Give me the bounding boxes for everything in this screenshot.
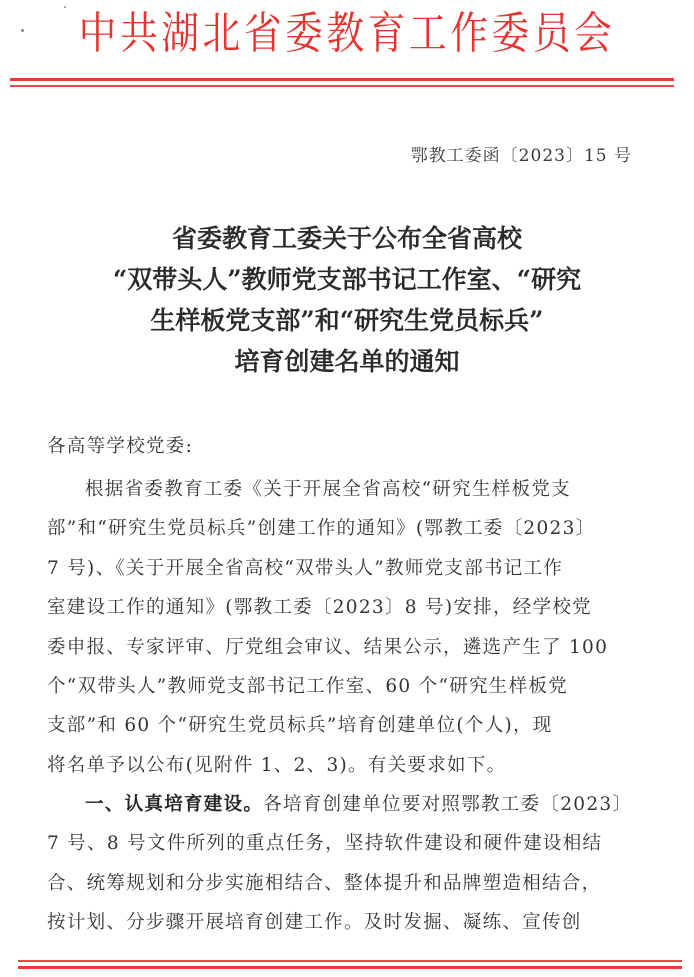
paragraph-line: 7 号、8 号文件所列的重点任务，坚持软件建设和硬件建设相结 [47,824,647,863]
paragraph-section-one: 一、认真培育建设。各培育创建单位要对照鄂教工委〔2023〕 7 号、8 号文件所… [47,785,647,943]
paragraph-line: 一、认真培育建设。各培育创建单位要对照鄂教工委〔2023〕 [47,785,647,824]
paragraph-line: 将名单予以公布(见附件 1、2、3)。有关要求如下。 [47,746,647,785]
paragraph-line: 个“双带头人”教师党支部书记工作室、60 个“研究生样板党 [47,667,647,706]
paragraph-line: 根据省委教育工委《关于开展全省高校“研究生样板党支 [47,470,647,509]
document-title: 省委教育工委关于公布全省高校 “双带头人”教师党支部书记工作室、“研究 生样板党… [0,218,694,382]
footer-rule-thick [18,966,682,969]
paragraph-intro: 根据省委教育工委《关于开展全省高校“研究生样板党支 部”和“研究生党员标兵”创建… [47,470,647,785]
section-heading: 一、认真培育建设。 [85,794,263,815]
scan-speck [21,29,24,32]
salutation: 各高等学校党委: [47,432,193,458]
title-line: 省委教育工委关于公布全省高校 [0,218,694,259]
masthead-issuer: 中共湖北省委教育工作委员会 [49,6,646,62]
paragraph-line: 部”和“研究生党员标兵”创建工作的通知》(鄂教工委〔2023〕 [47,509,647,548]
masthead-rule-thin [10,85,674,87]
title-line: 生样板党支部”和“研究生党员标兵” [0,300,694,341]
masthead-rule-thick [10,78,674,81]
paragraph-line: 委申报、专家评审、厅党组会审议、结果公示，遴选产生了 100 [47,628,647,667]
title-line: 培育创建名单的通知 [0,341,694,382]
section-heading-rest: 各培育创建单位要对照鄂教工委〔2023〕 [263,794,632,815]
document-number: 鄂教工委函〔2023〕15 号 [411,141,632,166]
title-line: “双带头人”教师党支部书记工作室、“研究 [0,259,694,300]
paragraph-line: 按计划、分步骤开展培育创建工作。及时发掘、凝练、宣传创 [47,903,647,942]
paragraph-line: 室建设工作的通知》(鄂教工委〔2023〕8 号)安排，经学校党 [47,588,647,627]
paragraph-line: 7 号)、《关于开展全省高校“双带头人”教师党支部书记工作 [47,549,647,588]
paragraph-line: 支部”和 60 个“研究生党员标兵”培育创建单位(个人)，现 [47,706,647,745]
footer-rule-thin [18,960,682,962]
paragraph-line: 合、统筹规划和分步实施相结合、整体提升和品牌塑造相结合， [47,864,647,903]
